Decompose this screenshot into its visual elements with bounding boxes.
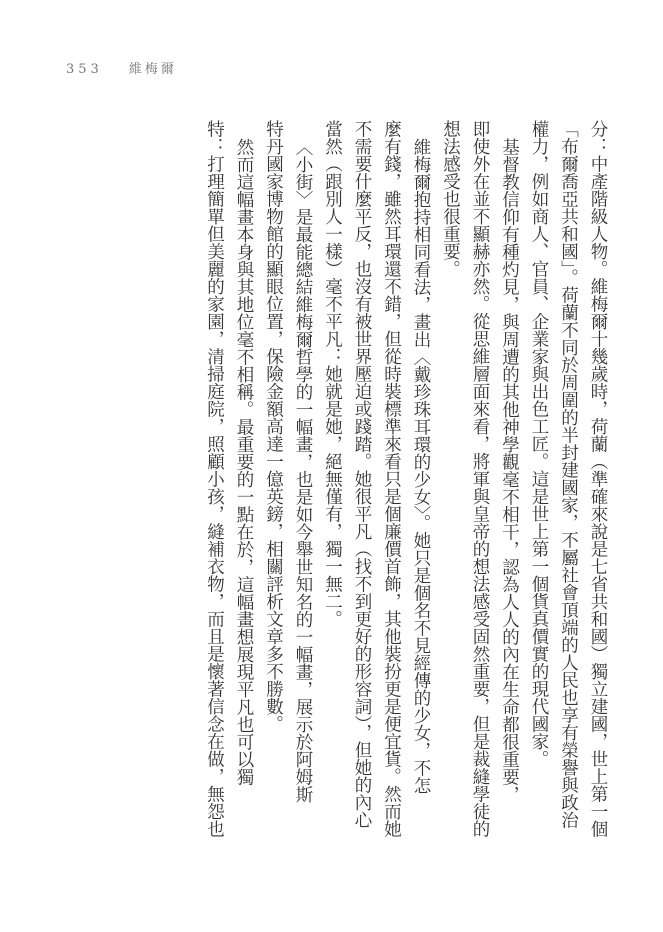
page-number: 353	[66, 62, 103, 77]
paragraph: 分：中產階級人物。維梅爾十幾歲時，荷蘭（準確來說是七省共和國）獨立建國，世上第一…	[524, 120, 613, 845]
paragraph: 基督教信仰有種灼見，與周遭的其他神學觀毫不相干，認為人人的內在生命都很重要， 即…	[435, 120, 524, 845]
page-header: 353 維梅爾	[66, 58, 177, 77]
text-line: 「布爾喬亞共和國」。荷蘭不同於周圍的半封建國家，不屬社會頂端的人民也享有榮譽與政…	[553, 120, 583, 845]
text-line: 基督教信仰有種灼見，與周遭的其他神學觀毫不相干，認為人人的內在生命都很重要，	[494, 120, 524, 845]
text-line: 權力，例如商人、官員、企業家與出色工匠。這是世上第一個貨真價實的現代國家。	[524, 120, 554, 845]
text-line: 不需要什麼平反，也沒有被世界壓迫或踐踏。她很平凡（找不到更好的形容詞），但她的內…	[347, 120, 377, 845]
text-line: 分：中產階級人物。維梅爾十幾歲時，荷蘭（準確來說是七省共和國）獨立建國，世上第一…	[583, 120, 613, 845]
paragraph: 維梅爾抱持相同看法，畫出〈戴珍珠耳環的少女〉。她只是個名不見經傳的少女，不怎 麼…	[317, 120, 435, 845]
text-line: 特丹國家博物館的顯眼位置，保險金額高達一億英鎊，相關評析文章多不勝數。	[258, 120, 288, 845]
text-line: 麼有錢，雖然耳環還不錯，但從時裝標準來看只是個廉價首飾，其他裝扮更是便宜貨。然而…	[376, 120, 406, 845]
text-line: 維梅爾抱持相同看法，畫出〈戴珍珠耳環的少女〉。她只是個名不見經傳的少女，不怎	[406, 120, 436, 845]
text-line: 當然（跟別人一樣）毫不平凡：她就是她，絕無僅有，獨一無二。	[317, 120, 347, 845]
running-title: 維梅爾	[129, 58, 177, 77]
text-line: 〈小街〉是最能總結維梅爾哲學的一幅畫，也是如今舉世知名的一幅畫，展示於阿姆斯	[288, 120, 318, 845]
text-line: 即使外在並不顯赫亦然。從思維層面來看，將軍與皇帝的想法感受固然重要，但是裁縫學徒…	[465, 120, 495, 845]
text-line: 特：打理簡單但美麗的家園，清掃庭院，照顧小孩，縫補衣物，而且是懷著信念在做，無怨…	[199, 120, 229, 845]
text-line: 想法感受也很重要。	[435, 120, 465, 845]
paragraph: 然而這幅畫本身與其地位毫不相稱。最重要的一點在於，這幅畫想展現平凡也可以獨 特：…	[199, 120, 258, 845]
body-text: 分：中產階級人物。維梅爾十幾歲時，荷蘭（準確來說是七省共和國）獨立建國，世上第一…	[199, 120, 612, 845]
paragraph: 〈小街〉是最能總結維梅爾哲學的一幅畫，也是如今舉世知名的一幅畫，展示於阿姆斯 特…	[258, 120, 317, 845]
text-line: 然而這幅畫本身與其地位毫不相稱。最重要的一點在於，這幅畫想展現平凡也可以獨	[229, 120, 259, 845]
